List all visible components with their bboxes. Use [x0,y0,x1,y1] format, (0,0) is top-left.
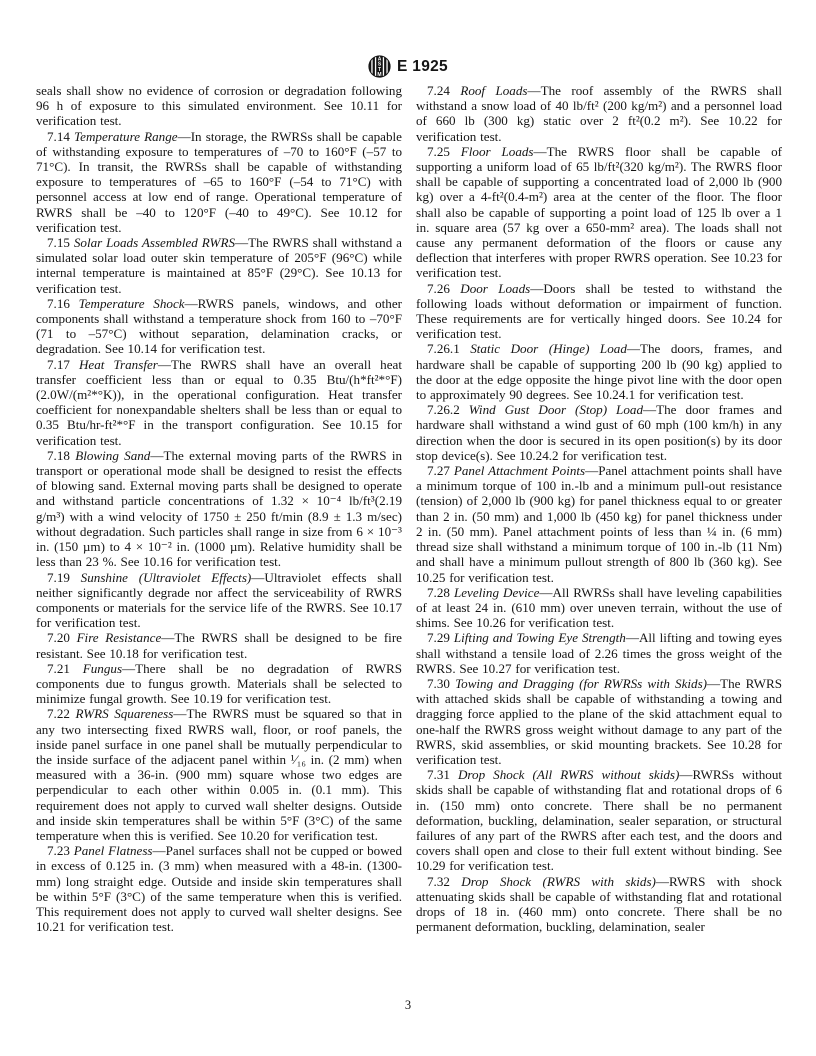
section-title: Temperature Shock [79,296,185,311]
section-number: 7.21 [47,661,83,676]
section-title: Fungus [83,661,122,676]
section-7.31: 7.31 Drop Shock (All RWRS without skids)… [416,767,782,873]
section-number: 7.15 [47,235,74,250]
section-title: Heat Transfer [79,357,158,372]
section-number: 7.26.1 [427,341,470,356]
section-body: seals shall show no evidence of corrosio… [36,83,402,128]
section-number: 7.30 [427,676,455,691]
section-7.32: 7.32 Drop Shock (RWRS with skids)—RWRS w… [416,874,782,935]
section-title: Leveling Device [454,585,539,600]
section-number: 7.28 [427,585,454,600]
section-number: 7.19 [47,570,81,585]
section-number: 7.16 [47,296,79,311]
section-number: 7.25 [427,144,461,159]
section-7.15: 7.15 Solar Loads Assembled RWRS—The RWRS… [36,235,402,296]
section-number: 7.20 [47,630,77,645]
section-title: Lifting and Towing Eye Strength [454,630,626,645]
page-header: A S T M E 1925 [0,55,816,78]
section-7.20: 7.20 Fire Resistance—The RWRS shall be d… [36,630,402,660]
section-number: 7.22 [47,706,75,721]
section-7.26: 7.26 Door Loads—Doors shall be tested to… [416,281,782,342]
section-body: —Panel attachment points shall have a mi… [416,463,782,584]
section-title: Static Door (Hinge) Load [470,341,627,356]
section-7.28: 7.28 Leveling Device—All RWRSs shall hav… [416,585,782,631]
section-number: 7.27 [427,463,454,478]
section-title: Wind Gust Door (Stop) Load [469,402,643,417]
page-number: 3 [405,998,411,1012]
standard-designation: E 1925 [397,58,448,76]
section-title: Door Loads [460,281,530,296]
astm-logo-icon: A S T M [368,55,391,78]
section-7.17: 7.17 Heat Transfer—The RWRS shall have a… [36,357,402,448]
section-number: 7.31 [427,767,458,782]
section-title: Panel Flatness [74,843,153,858]
section-7.19: 7.19 Sunshine (Ultraviolet Effects)—Ultr… [36,570,402,631]
section-title: Blowing Sand [75,448,150,463]
section-number: 7.26 [427,281,460,296]
section-title: Fire Resistance [77,630,162,645]
section-7.29: 7.29 Lifting and Towing Eye Strength—All… [416,630,782,676]
section-title: Panel Attachment Points [454,463,585,478]
section-body: —The external moving parts of the RWRS i… [36,448,402,569]
page-footer: 3 [0,998,816,1013]
section-number: 7.26.2 [427,402,469,417]
section-title: Temperature Range [74,129,178,144]
section-7.18: 7.18 Blowing Sand—The external moving pa… [36,448,402,570]
section-7.14: 7.14 Temperature Range—In storage, the R… [36,129,402,235]
left-column: seals shall show no evidence of corrosio… [36,83,402,934]
section-7.25: 7.25 Floor Loads—The RWRS floor shall be… [416,144,782,281]
section-body: —The RWRS must be squared so that in any… [36,706,402,843]
section-number: 7.14 [47,129,74,144]
section-7.21: 7.21 Fungus—There shall be no degradatio… [36,661,402,707]
document-page: A S T M E 1925 seals shall show no evide… [0,0,816,1056]
section-title: Sunshine (Ultraviolet Effects) [81,570,252,585]
section-7.23: 7.23 Panel Flatness—Panel surfaces shall… [36,843,402,934]
section-title: RWRS Squareness [75,706,173,721]
continuation-paragraph: seals shall show no evidence of corrosio… [36,83,402,129]
section-title: Floor Loads [461,144,534,159]
section-number: 7.23 [47,843,74,858]
section-7.24: 7.24 Roof Loads—The roof assembly of the… [416,83,782,144]
section-7.26.2: 7.26.2 Wind Gust Door (Stop) Load—The do… [416,402,782,463]
section-body: —The RWRS floor shall be capable of supp… [416,144,782,281]
two-column-body: seals shall show no evidence of corrosio… [36,83,782,934]
section-number: 7.18 [47,448,75,463]
section-title: Solar Loads Assembled RWRS [74,235,235,250]
section-title: Drop Shock (RWRS with skids) [461,874,656,889]
section-7.26.1: 7.26.1 Static Door (Hinge) Load—The door… [416,341,782,402]
section-title: Roof Loads [460,83,527,98]
section-7.27: 7.27 Panel Attachment Points—Panel attac… [416,463,782,585]
section-number: 7.29 [427,630,454,645]
section-7.30: 7.30 Towing and Dragging (for RWRSs with… [416,676,782,767]
section-title: Towing and Dragging (for RWRSs with Skid… [455,676,707,691]
section-body: —RWRSs without skids shall be capable of… [416,767,782,873]
section-number: 7.24 [427,83,460,98]
section-number: 7.17 [47,357,79,372]
section-title: Drop Shock (All RWRS without skids) [458,767,679,782]
section-number: 7.32 [427,874,461,889]
section-7.16: 7.16 Temperature Shock—RWRS panels, wind… [36,296,402,357]
section-7.22: 7.22 RWRS Squareness—The RWRS must be sq… [36,706,402,843]
right-column: 7.24 Roof Loads—The roof assembly of the… [416,83,782,934]
section-body: —In storage, the RWRSs shall be capable … [36,129,402,235]
